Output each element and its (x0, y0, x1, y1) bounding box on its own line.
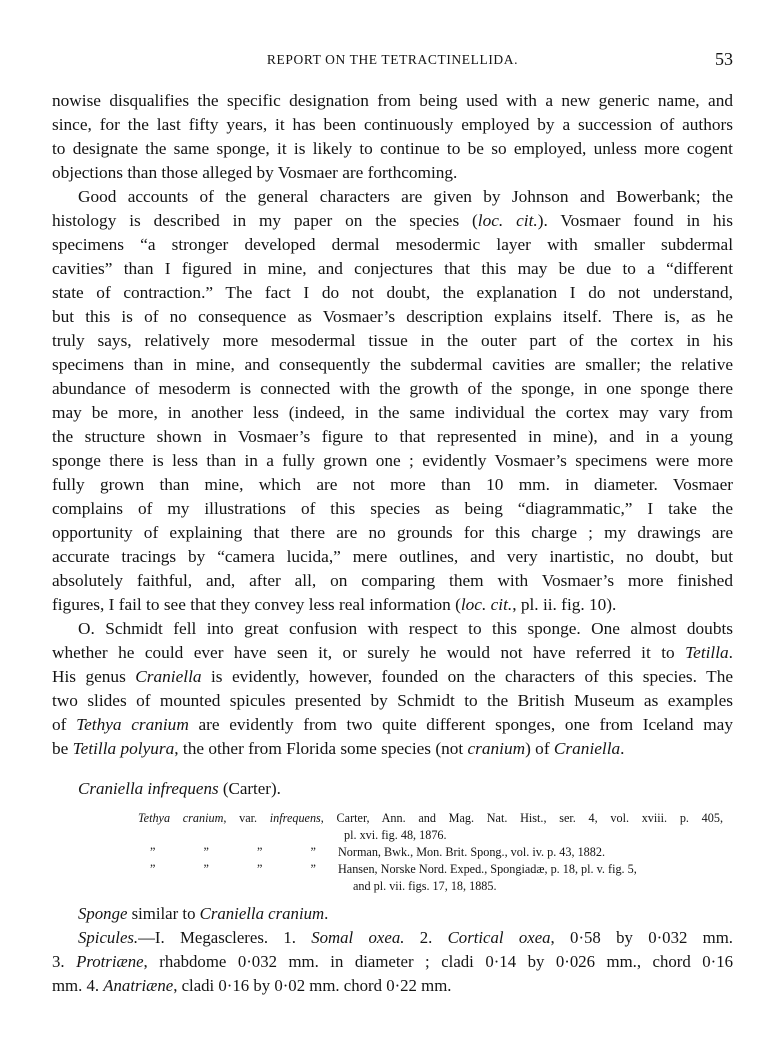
text-line: histology is described in my paper on th… (52, 209, 733, 233)
reference-continuation: and pl. vii. figs. 17, 18, 1885. (138, 878, 723, 895)
text-line: O. Schmidt fell into great confusion wit… (52, 617, 733, 641)
text-line: mm. 4. Anatriæne, cladi 0·16 by 0·02 mm.… (26, 974, 733, 998)
text-run: , cladi 0·16 by 0·02 mm. chord 0·22 mm. (173, 976, 451, 995)
text-run: ) of (525, 739, 554, 758)
ditto-mark: ” (150, 861, 155, 878)
text-run: . (620, 739, 624, 758)
text-run: , rhabdome 0·032 mm. in diameter ; cladi… (144, 952, 733, 971)
taxon-italic: Tetilla polyura (73, 739, 175, 758)
text-line: be Tetilla polyura, the other from Flori… (52, 737, 733, 761)
variety-name: infrequens (270, 811, 321, 825)
document-page: REPORT ON THE TETRACTINELLIDA. 53 nowise… (0, 0, 776, 1050)
text-run: His genus (52, 667, 135, 686)
text-run: are evidently from two quite different s… (189, 715, 733, 734)
text-run: be (52, 739, 73, 758)
running-title: REPORT ON THE TETRACTINELLIDA. (52, 52, 733, 68)
ditto-marks: ” ” ” ” (138, 861, 338, 878)
text-run: whether he could ever have seen it, or s… (52, 643, 685, 662)
text-line: cavities” than I figured in mine, and co… (52, 257, 733, 281)
text-line: whether he could ever have seen it, or s… (52, 641, 733, 665)
species-description: Sponge similar to Craniella cranium. Spi… (26, 902, 733, 998)
taxon-italic: cranium (468, 739, 526, 758)
text-line: Sponge similar to Craniella cranium. (26, 902, 733, 926)
reference-continuation: pl. xvi. fig. 48, 1876. (138, 827, 723, 844)
main-text: nowise disqualifies the specific designa… (52, 89, 733, 761)
synonymy-entry: ” ” ” ” Hansen, Norske Nord. Exped., Spo… (138, 861, 723, 878)
text-line: 3. Protriæne, rhabdome 0·032 mm. in diam… (26, 950, 733, 974)
taxon-italic: Craniella cranium (200, 904, 324, 923)
section-label-italic: Spicules. (78, 928, 138, 947)
ditto-marks: ” ” ” ” (138, 844, 338, 861)
reference: Hansen, Norske Nord. Exped., Spongiadæ, … (338, 861, 723, 878)
citation-italic: loc. cit. (478, 211, 538, 230)
text-run: ). Vosmaer found in his (538, 211, 733, 230)
text-line: sponge there is less than in a fully gro… (52, 449, 733, 473)
citation-italic: loc. cit. (461, 595, 512, 614)
synonymy-entry: Tethya cranium, var. infrequens, Carter,… (138, 810, 723, 827)
spicule-name: Protriæne (76, 952, 143, 971)
text-run: histology is described in my paper on th… (52, 211, 478, 230)
ditto-mark: ” (150, 844, 155, 861)
text-line: specimens than in mine, and consequently… (52, 353, 733, 377)
text-run: . (324, 904, 328, 923)
ditto-mark: ” (204, 844, 209, 861)
text-line: Good accounts of the general characters … (52, 185, 733, 209)
page-number: 53 (715, 49, 733, 70)
text-line: since, for the last fifty years, it has … (52, 113, 733, 137)
species-heading: Craniella infrequens (Carter). (78, 778, 281, 800)
synonym-name: Tethya cranium (138, 811, 223, 825)
section-label-italic: Sponge (78, 904, 127, 923)
text-run: 2. (404, 928, 447, 947)
ditto-mark: ” (204, 861, 209, 878)
ditto-mark: ” (257, 844, 262, 861)
ditto-mark: ” (311, 844, 316, 861)
text-run: , 0·58 by 0·032 mm. (551, 928, 733, 947)
text-run: , the other from Florida some species (n… (174, 739, 467, 758)
taxon-italic: Tetilla (685, 643, 729, 662)
text-line: truly says, relatively more mesodermal t… (52, 329, 733, 353)
text-run: mm. 4. (52, 976, 103, 995)
synonymy-list: Tethya cranium, var. infrequens, Carter,… (138, 810, 723, 895)
paragraph-1: nowise disqualifies the specific designa… (52, 89, 733, 185)
spicule-name: Somal oxea. (311, 928, 404, 947)
spicule-name: Anatriæne (103, 976, 173, 995)
reference: , Carter, Ann. and Mag. Nat. Hist., ser.… (321, 811, 723, 825)
running-header: REPORT ON THE TETRACTINELLIDA. 53 (52, 48, 733, 72)
text-line: specimens “a stronger developed dermal m… (52, 233, 733, 257)
text-line: fully grown than mine, which are not mor… (52, 473, 733, 497)
text-line: may be more, in another less (indeed, in… (52, 401, 733, 425)
text-run: 3. (52, 952, 76, 971)
text-line: abundance of mesoderm is connected with … (52, 377, 733, 401)
paragraph-3: O. Schmidt fell into great confusion wit… (52, 617, 733, 761)
text-run: of (52, 715, 76, 734)
text-run: —I. Megascleres. 1. (138, 928, 311, 947)
taxon-italic: Craniella (135, 667, 201, 686)
text-line: accurate tracings by “camera lucida,” me… (52, 545, 733, 569)
text-line: figures, I fail to see that they convey … (52, 593, 733, 617)
text-line: two slides of mounted spicules presented… (52, 689, 733, 713)
text-line: of Tethya cranium are evidently from two… (52, 713, 733, 737)
text-line: state of contraction.” The fact I do not… (52, 281, 733, 305)
text-run: . (729, 643, 733, 662)
ditto-mark: ” (311, 861, 316, 878)
text-run: , var. (223, 811, 269, 825)
text-line: Spicules.—I. Megascleres. 1. Somal oxea.… (26, 926, 733, 950)
text-run: similar to (127, 904, 199, 923)
synonymy-entry: ” ” ” ” Norman, Bwk., Mon. Brit. Spong.,… (138, 844, 723, 861)
text-line: opportunity of explaining that there are… (52, 521, 733, 545)
text-line: complains of my illustrations of this sp… (52, 497, 733, 521)
text-line: but this is of no consequence as Vosmaer… (52, 305, 733, 329)
text-line: nowise disqualifies the specific designa… (52, 89, 733, 113)
reference: Norman, Bwk., Mon. Brit. Spong., vol. iv… (338, 844, 723, 861)
spicule-name: Cortical oxea (448, 928, 551, 947)
text-run: is evidently, however, founded on the ch… (202, 667, 733, 686)
ditto-mark: ” (257, 861, 262, 878)
text-line: to designate the same sponge, it is like… (52, 137, 733, 161)
species-author: (Carter). (219, 779, 281, 798)
text-run: , pl. ii. fig. 10). (512, 595, 616, 614)
text-line: objections than those alleged by Vosmaer… (52, 161, 733, 185)
text-line: absolutely faithful, and, after all, on … (52, 569, 733, 593)
paragraph-2: Good accounts of the general characters … (52, 185, 733, 617)
text-line: His genus Craniella is evidently, howeve… (52, 665, 733, 689)
text-run: figures, I fail to see that they convey … (52, 595, 461, 614)
taxon-italic: Craniella (554, 739, 620, 758)
taxon-italic: Tethya cranium (76, 715, 189, 734)
species-name: Craniella infrequens (78, 779, 219, 798)
text-line: the structure shown in Vosmaer’s figure … (52, 425, 733, 449)
